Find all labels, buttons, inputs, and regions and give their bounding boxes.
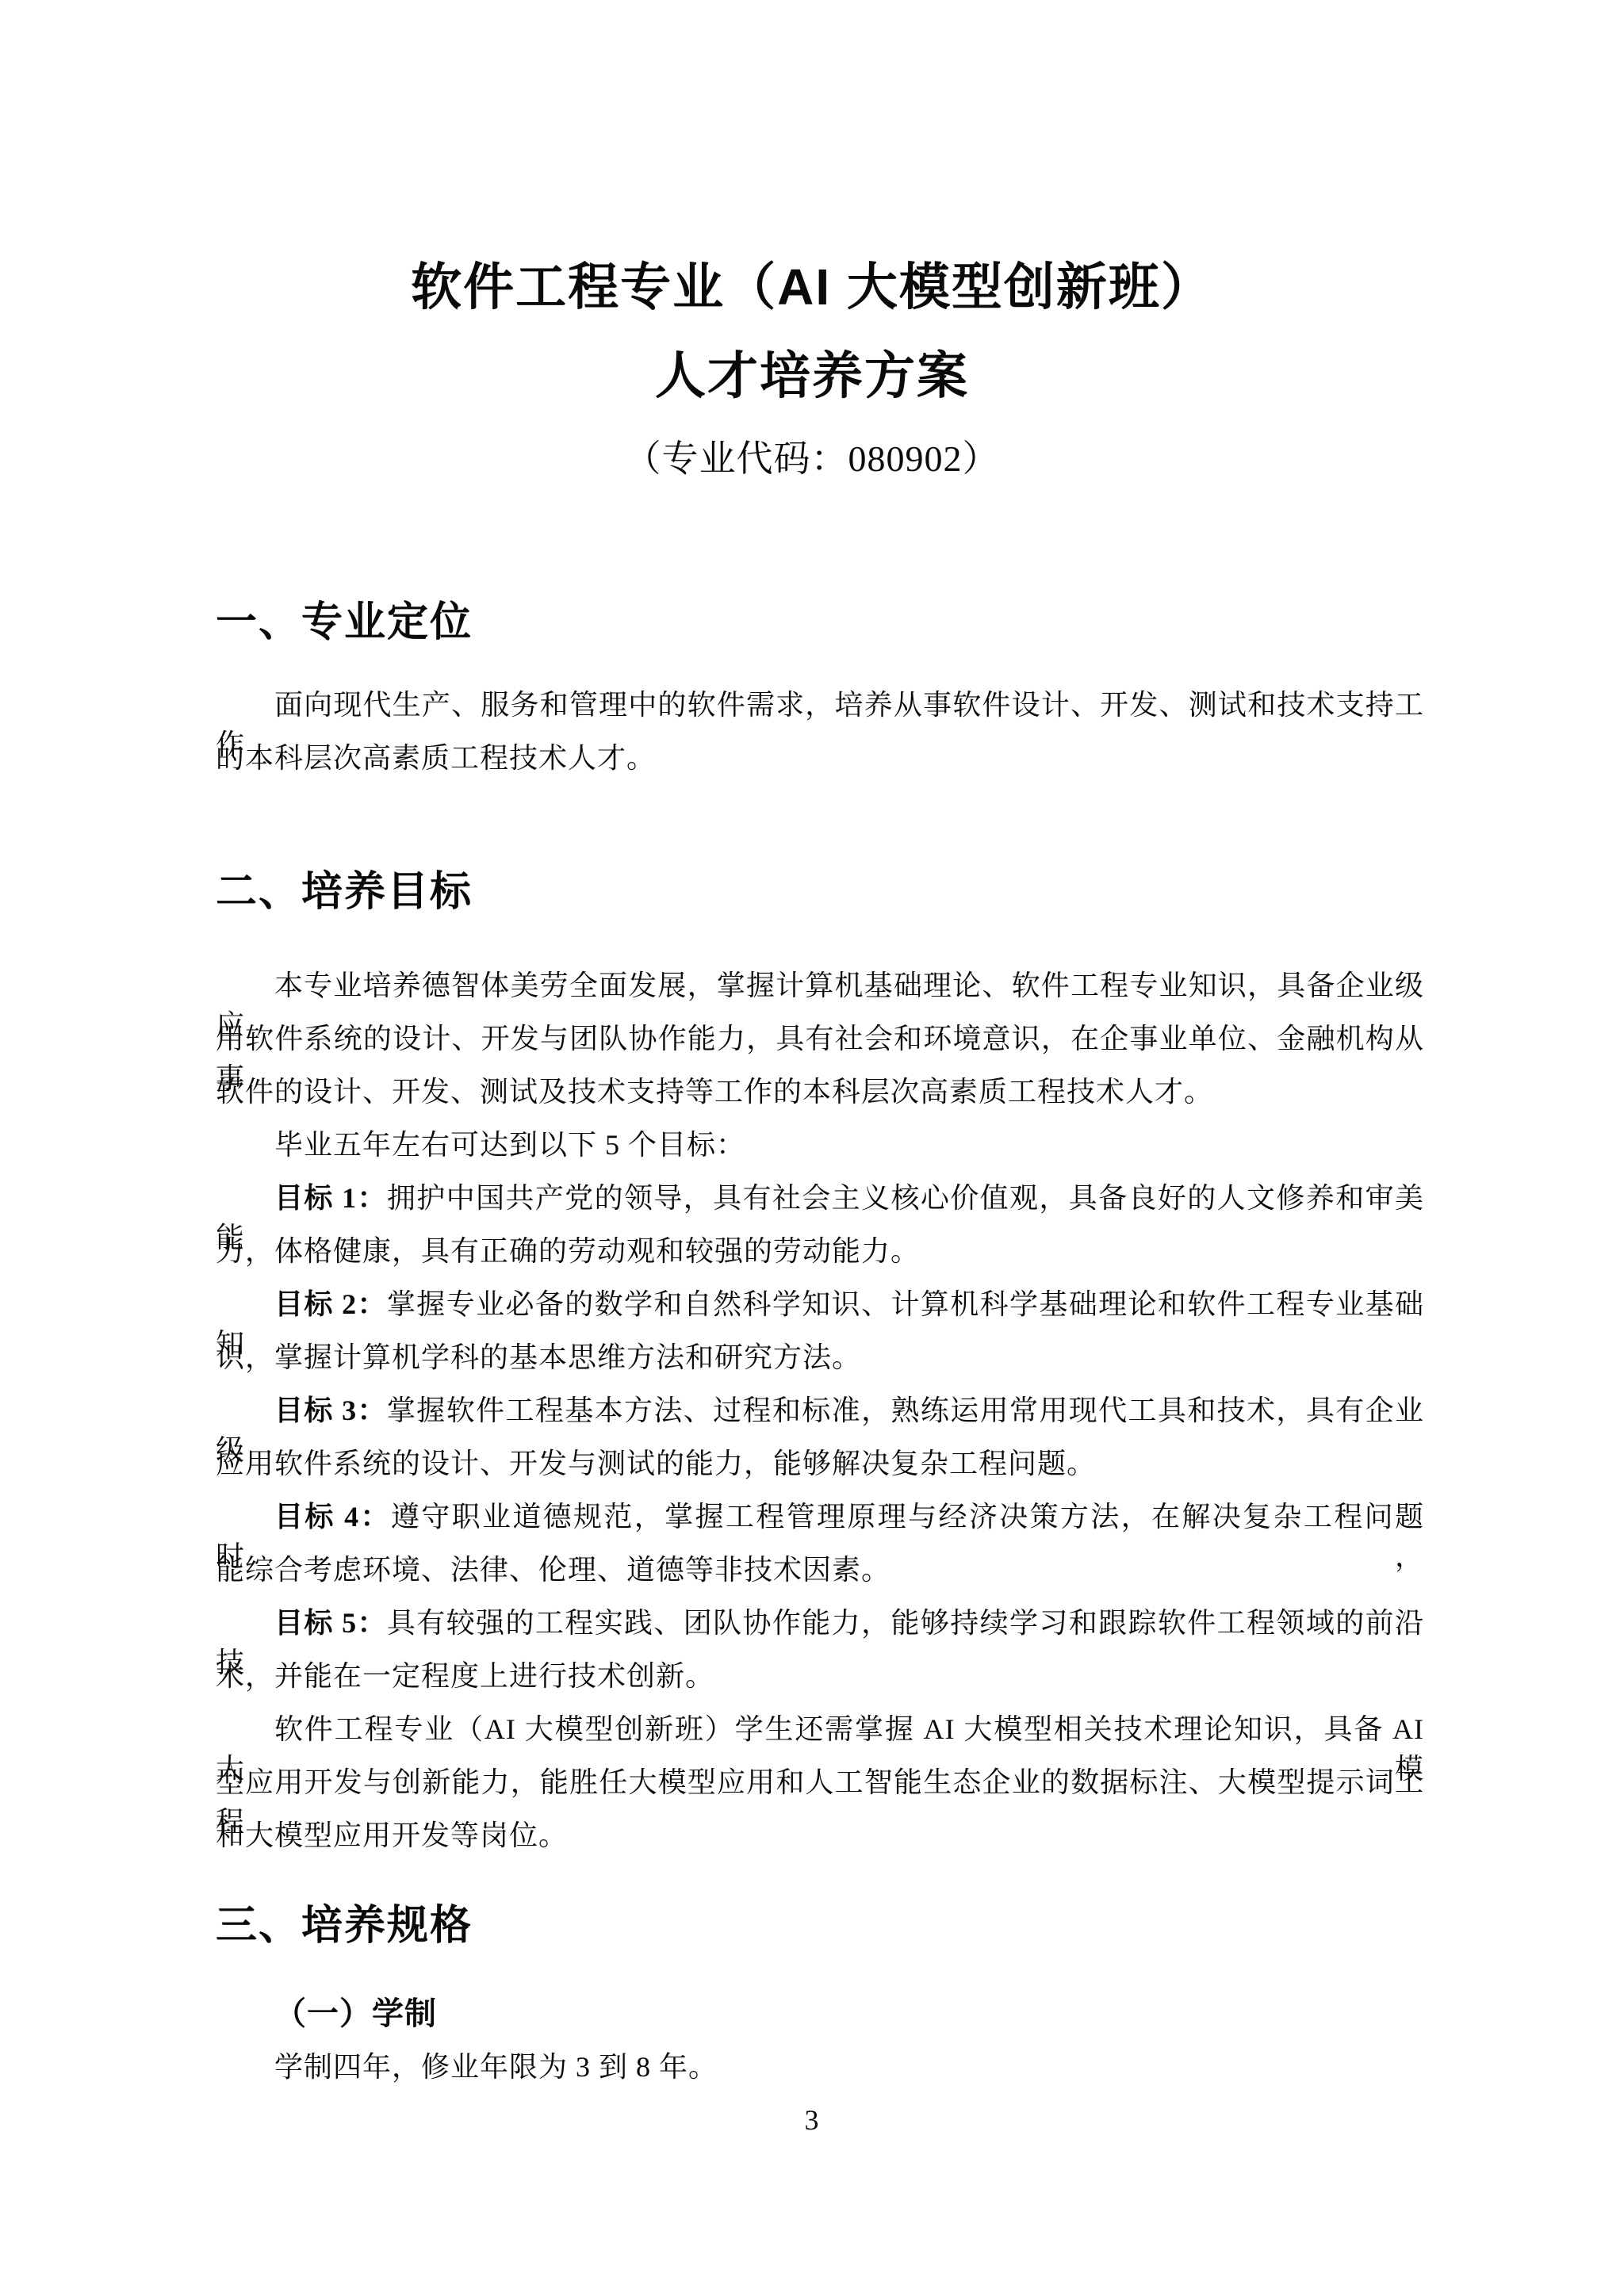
subsection-heading: （一）学制 [216, 1993, 1424, 2034]
page-number: 3 [0, 2101, 1624, 2139]
document-title-line-2: 人才培养方案 [0, 344, 1624, 408]
section-heading-2: 二、培养目标 [216, 867, 1424, 916]
body-line: 毕业五年左右可达到以下 5 个目标： [216, 1125, 1424, 1165]
goal-1-label: 目标 1： [274, 1182, 387, 1214]
goal-4-label: 目标 4： [274, 1501, 391, 1533]
document-subtitle: （专业代码：080902） [0, 436, 1624, 482]
body-line: 能综合考虑环境、法律、伦理、道德等非技术因素。 [216, 1550, 1424, 1590]
goal-5-label: 目标 5： [274, 1607, 387, 1639]
body-line: 学制四年，修业年限为 3 到 8 年。 [216, 2047, 1424, 2087]
document-page: 软件工程专业（AI 大模型创新班） 人才培养方案 （专业代码：080902） 一… [0, 0, 1624, 2296]
document-title-line-1: 软件工程专业（AI 大模型创新班） [0, 255, 1624, 319]
body-line: 识，掌握计算机学科的基本思维方法和研究方法。 [216, 1337, 1424, 1377]
body-line: 力，体格健康，具有正确的劳动观和较强的劳动能力。 [216, 1231, 1424, 1271]
body-line: 和大模型应用开发等岗位。 [216, 1816, 1424, 1855]
goal-3-label: 目标 3： [274, 1395, 387, 1426]
body-line: 软件的设计、开发、测试及技术支持等工作的本科层次高素质工程技术人才。 [216, 1072, 1424, 1112]
section-heading-3: 三、培养规格 [216, 1901, 1424, 1950]
body-line: 的本科层次高素质工程技术人才。 [216, 738, 1424, 778]
body-line: 应用软件系统的设计、开发与测试的能力，能够解决复杂工程问题。 [216, 1444, 1424, 1483]
section-heading-1: 一、专业定位 [216, 598, 1424, 647]
goal-2-label: 目标 2： [274, 1288, 387, 1320]
body-line: 术，并能在一定程度上进行技术创新。 [216, 1656, 1424, 1696]
